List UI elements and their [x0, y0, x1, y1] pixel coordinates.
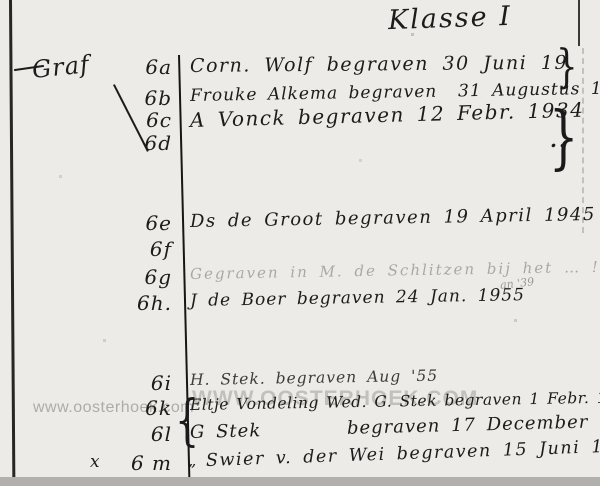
right-brace-small: } — [556, 40, 578, 94]
register-row-6e: 6e Ds de Groot begraven 19 April 1945 — [0, 211, 600, 237]
scan-bottom-band — [0, 477, 600, 486]
burial-entry: Corn. Wolf begraven 30 Juni 19 — [190, 52, 568, 77]
grave-number: 6g — [60, 265, 172, 289]
register-row-6a: Graf 6a Corn. Wolf begraven 30 Juni 19 — [0, 55, 600, 81]
grave-number: 6k — [60, 396, 172, 420]
cross-mark-6m: x — [90, 452, 100, 472]
grave-number: 6h. — [60, 291, 172, 315]
group-brace-6k-6l: { — [175, 388, 199, 452]
grave-number: 6e — [60, 211, 172, 235]
ditto-mark-6m: „ — [188, 451, 196, 470]
paper-speckles — [0, 0, 1, 1]
burial-entry: H. Stek. begraven Aug '55 — [190, 367, 438, 389]
grave-number: 6f — [60, 237, 172, 261]
register-row-6h: 6h. J de Boer begraven 24 Jan. 1955 — [0, 291, 600, 317]
ditto-mark-6d: .. — [550, 128, 568, 152]
grave-number: 6c — [60, 108, 172, 132]
scanned-grave-register-page: Klasse I www.oosterhoek.com WWW.OOSTERHO… — [0, 0, 600, 486]
right-margin-line — [578, 0, 580, 46]
grave-number: 6l — [60, 422, 172, 446]
grave-number: 6b — [60, 86, 172, 110]
grave-number: 6i — [60, 371, 172, 395]
register-row-6d: 6d — [0, 131, 600, 157]
burial-entry: Ds de Groot begraven 19 April 1945 — [190, 204, 596, 232]
grave-number: 6d — [60, 131, 172, 155]
grave-number: 6 m — [60, 451, 172, 475]
grave-number: 6a — [60, 55, 172, 79]
page-title-klasse: Klasse I — [387, 1, 512, 36]
